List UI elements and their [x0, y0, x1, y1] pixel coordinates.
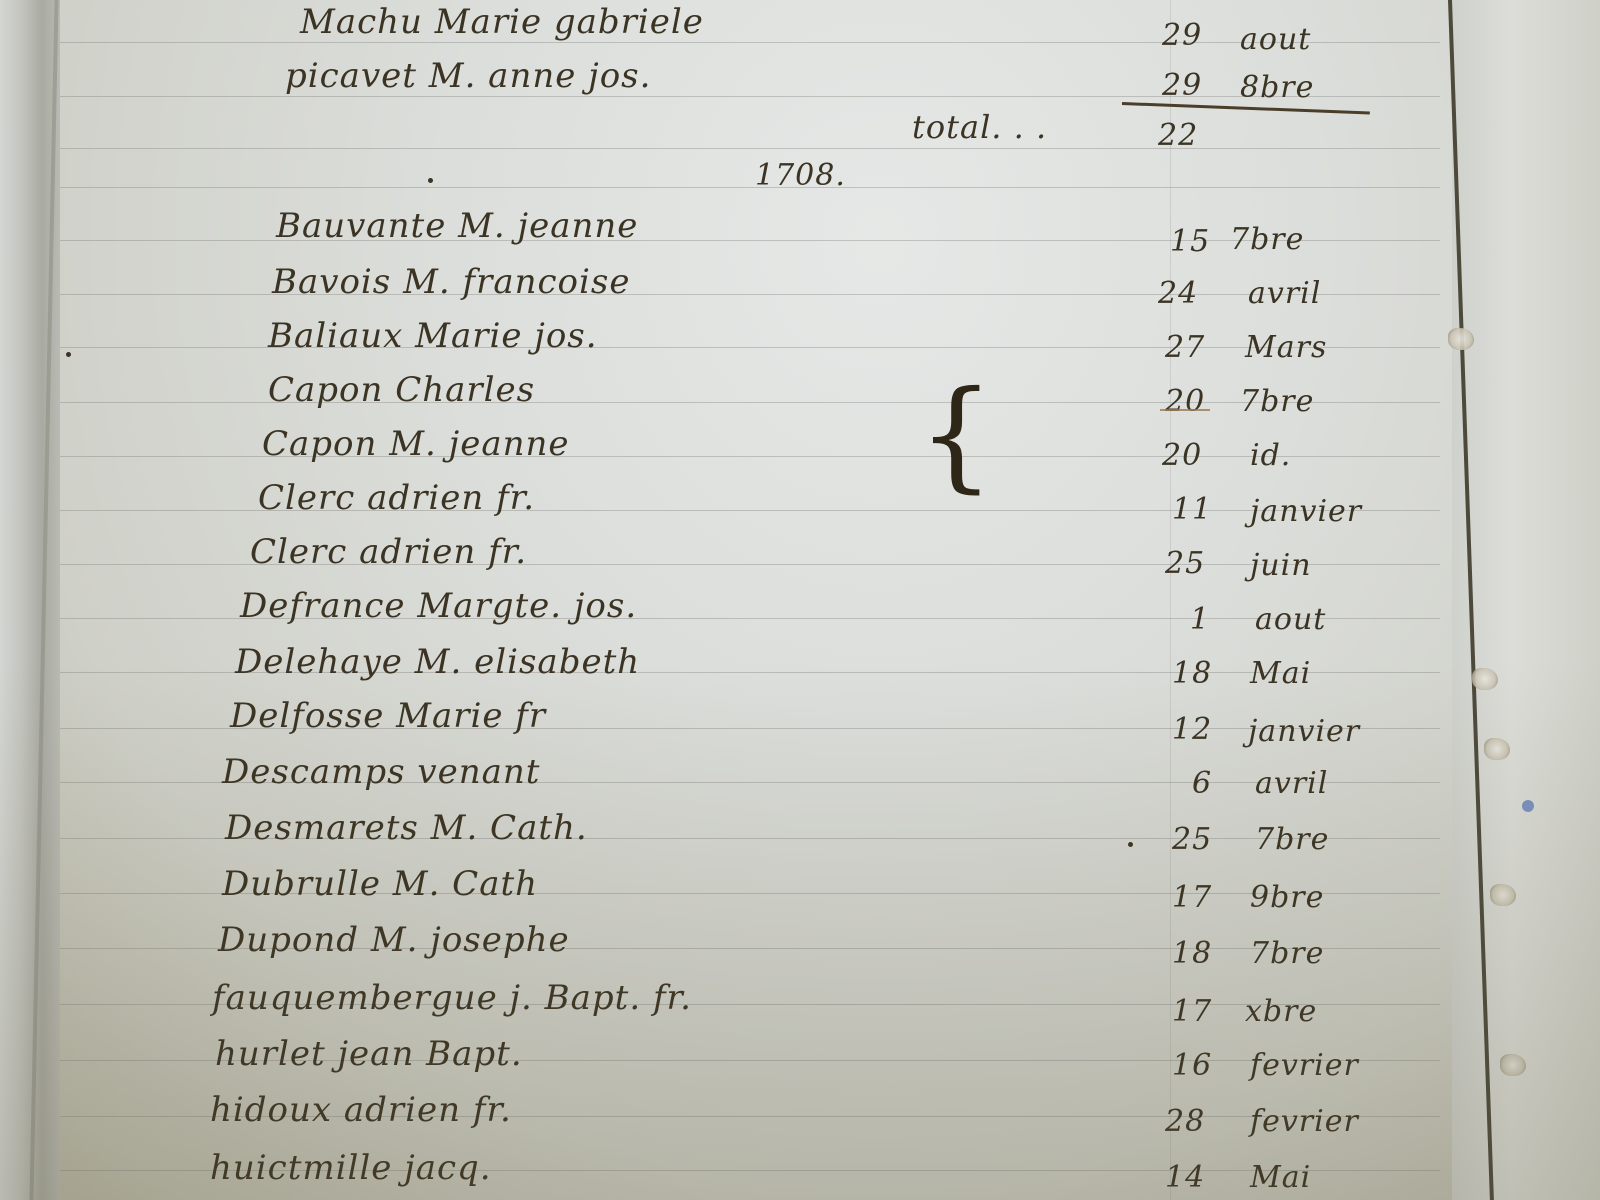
- ink-dot: [66, 352, 71, 357]
- entry-month: 7bre: [1255, 822, 1329, 857]
- entry-name: Bavois M. francoise: [272, 262, 630, 302]
- entry-name: Delfosse Marie fr: [230, 696, 546, 736]
- entry-name: Capon M. jeanne: [262, 424, 570, 464]
- entry-day: 27: [1165, 330, 1205, 365]
- entry-name: picavet M. anne jos.: [285, 56, 651, 96]
- binding-stitch: [1484, 738, 1510, 760]
- entry-month: 8bre: [1240, 70, 1314, 105]
- entry-day: 6: [1192, 766, 1212, 801]
- entry-month: 7bre: [1250, 936, 1324, 971]
- entry-name: Machu Marie gabriele: [300, 2, 704, 42]
- entry-month: avril: [1255, 766, 1328, 801]
- entry-day: 12: [1172, 712, 1212, 747]
- binding-stitch: [1490, 884, 1516, 906]
- entry-name: Bauvante M. jeanne: [276, 206, 638, 246]
- entry-day: 18: [1172, 656, 1212, 691]
- entry-day: 11: [1172, 492, 1212, 527]
- entry-day: 29: [1162, 68, 1202, 103]
- binding-stitch: [1448, 328, 1474, 350]
- entry-name: Desmarets M. Cath.: [225, 808, 588, 848]
- day-underline: [1160, 409, 1210, 411]
- entry-month: aout: [1240, 22, 1311, 57]
- entry-name: Dubrulle M. Cath: [222, 864, 538, 904]
- binding-stitch: [1472, 668, 1498, 690]
- entry-name: hidoux adrien fr.: [210, 1090, 512, 1130]
- entry-day: 25: [1165, 546, 1205, 581]
- entry-month: 7bre: [1240, 384, 1314, 419]
- entry-day: 24: [1158, 276, 1198, 311]
- year-heading: 1708.: [755, 158, 846, 193]
- entry-day: 17: [1172, 994, 1212, 1029]
- entry-name: Delehaye M. elisabeth: [235, 642, 640, 682]
- entry-name: Dupond M. josephe: [218, 920, 570, 960]
- book-left-edge: [0, 0, 60, 1200]
- entry-name: hurlet jean Bapt.: [215, 1034, 523, 1074]
- entry-name: Baliaux Marie jos.: [268, 316, 598, 356]
- entry-day: 18: [1172, 936, 1212, 971]
- ruled-line: [60, 42, 1440, 43]
- entry-day: 17: [1172, 880, 1212, 915]
- grouping-brace: {: [918, 376, 994, 496]
- binding-stitch: [1500, 1054, 1526, 1076]
- total-value: 22: [1158, 118, 1198, 153]
- entry-month: Mai: [1250, 656, 1311, 691]
- blue-stain: [1522, 800, 1534, 812]
- ruled-line: [60, 148, 1440, 149]
- entry-day: 14: [1165, 1160, 1205, 1195]
- entry-month: Mai: [1250, 1160, 1311, 1195]
- entry-day: 25: [1172, 822, 1212, 857]
- entry-day: 28: [1165, 1104, 1205, 1139]
- entry-day: 20: [1165, 384, 1205, 419]
- ruled-line: [60, 347, 1440, 348]
- entry-month: juin: [1250, 548, 1312, 583]
- entry-day: 16: [1172, 1048, 1212, 1083]
- entry-name: Descamps venant: [222, 752, 540, 792]
- entry-month: avril: [1248, 276, 1321, 311]
- entry-name: Capon Charles: [268, 370, 535, 410]
- entry-name: Clerc adrien fr.: [258, 478, 535, 518]
- entry-name: huictmille jacq.: [210, 1148, 492, 1188]
- entry-day: 29: [1162, 18, 1202, 53]
- entry-name: Clerc adrien fr.: [250, 532, 527, 572]
- entry-month: fevrier: [1250, 1048, 1359, 1083]
- entry-month: 7bre: [1230, 222, 1304, 257]
- entry-day: 15: [1170, 224, 1210, 259]
- ruled-line: [60, 96, 1440, 97]
- ruled-line: [60, 187, 1440, 188]
- entry-month: 9bre: [1250, 880, 1324, 915]
- page-crease: [29, 0, 58, 1200]
- facing-page: [1452, 0, 1600, 1200]
- column-rule: [1170, 0, 1171, 1200]
- entry-month: janvier: [1250, 494, 1362, 529]
- entry-name: fauquembergue j. Bapt. fr.: [212, 978, 692, 1018]
- entry-month: janvier: [1248, 714, 1360, 749]
- entry-month: Mars: [1245, 330, 1327, 365]
- total-label: total. . .: [912, 108, 1047, 146]
- entry-month: id.: [1250, 438, 1291, 473]
- entry-month: fevrier: [1250, 1104, 1359, 1139]
- entry-day: 1: [1190, 602, 1210, 637]
- entry-name: Defrance Margte. jos.: [240, 586, 637, 626]
- register-page: Machu Marie gabriele 29 aout picavet M. …: [0, 0, 1600, 1200]
- ruled-line: [60, 402, 1440, 403]
- ink-dot: [428, 178, 433, 183]
- ink-dot: [1128, 842, 1133, 847]
- entry-month: xbre: [1245, 994, 1317, 1029]
- entry-month: aout: [1255, 602, 1326, 637]
- entry-day: 20: [1162, 438, 1202, 473]
- ruled-line: [60, 294, 1440, 295]
